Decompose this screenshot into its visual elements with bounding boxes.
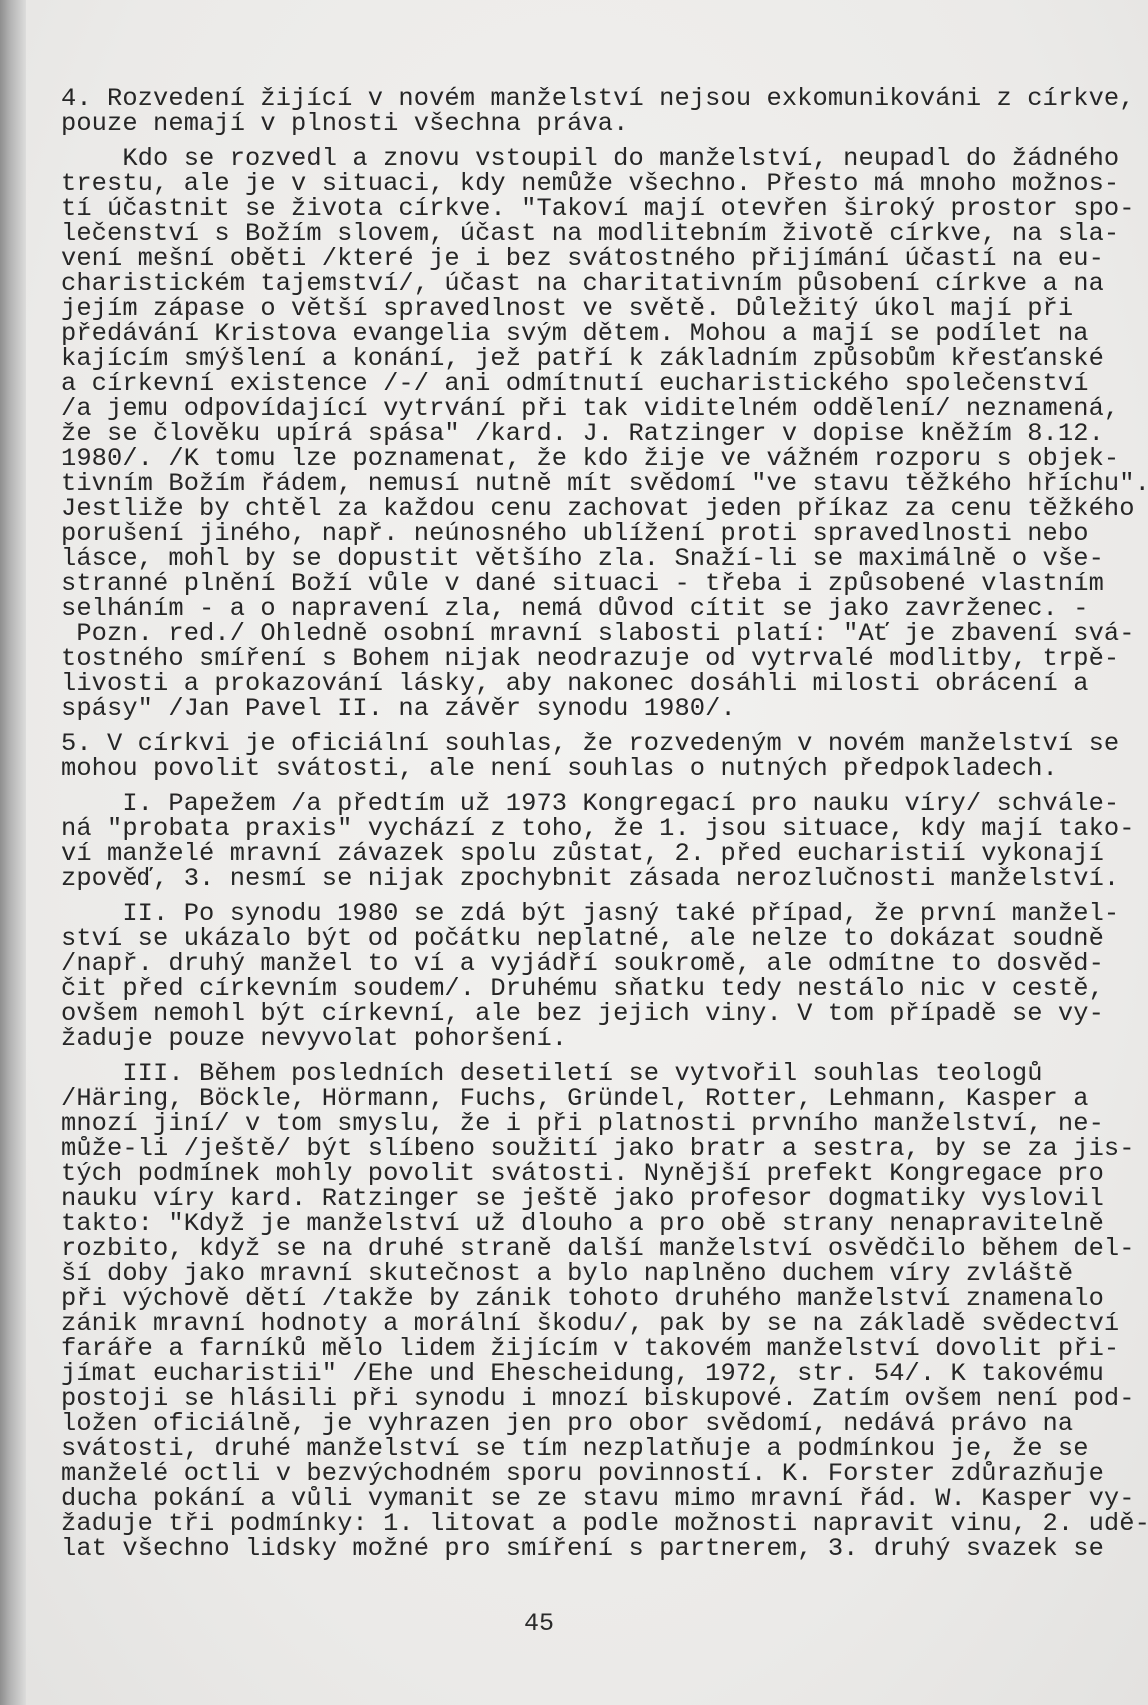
book-spine-shadow: [0, 0, 26, 1705]
text-line: žaduje pouze nevyvolat pohoršení.: [61, 1026, 1091, 1051]
text-line: mnozí jiní/ v tom smyslu, že i při platn…: [61, 1111, 1091, 1136]
text-line: faráře a farníků mělo lidem žijícím v ta…: [61, 1336, 1091, 1361]
text-line: lat všechno lidsky možné pro smíření s p…: [61, 1536, 1091, 1561]
text-line: čit před církevním soudem/. Druhému sňat…: [61, 976, 1091, 1001]
text-line: tí účastnit se života církve. "Takoví ma…: [61, 196, 1091, 221]
paragraph-point-5: 5. V církvi je oficiální souhlas, že roz…: [61, 731, 1091, 781]
text-line: a církevní existence /-/ ani odmítnutí e…: [61, 371, 1091, 396]
paragraph-point-5-I: I. Papežem /a předtím už 1973 Kongregací…: [61, 791, 1091, 891]
text-line: I. Papežem /a předtím už 1973 Kongregací…: [61, 791, 1091, 816]
text-line: manželé octli v bezvýchodném sporu povin…: [61, 1461, 1091, 1486]
text-line: Jestliže by chtěl za každou cenu zachova…: [61, 496, 1091, 521]
text-line: ložen oficiálně, je vyhrazen jen pro obo…: [61, 1411, 1091, 1436]
text-line: může-li /ještě/ být slíbeno soužití jako…: [61, 1136, 1091, 1161]
text-line: charistickém tajemství/, účast na charit…: [61, 271, 1091, 296]
text-line: ducha pokání a vůli vymanit se ze stavu …: [61, 1486, 1091, 1511]
text-line: zpověď, 3. nesmí se nijak zpochybnit zás…: [61, 866, 1091, 891]
text-line: kajícím smýšlení a konání, jež patří k z…: [61, 346, 1091, 371]
text-line: porušení jiného, např. neúnosného ublíže…: [61, 521, 1091, 546]
text-line: Kdo se rozvedl a znovu vstoupil do manže…: [61, 146, 1091, 171]
text-line: pouze nemají v plnosti všechna práva.: [61, 111, 1091, 136]
text-line: livosti a prokazování lásky, aby nakonec…: [61, 671, 1091, 696]
text-line: selháním - a o napravení zla, nemá důvod…: [61, 596, 1091, 621]
text-line: že se člověku upírá spása" /kard. J. Rat…: [61, 421, 1091, 446]
text-line: /a jemu odpovídající vytrvání při tak vi…: [61, 396, 1091, 421]
text-line: ství se ukázalo být od počátku neplatné,…: [61, 926, 1091, 951]
text-line: stranné plnění Boží vůle v dané situaci …: [61, 571, 1091, 596]
text-line: 1980/. /K tomu lze poznamenat, že kdo ži…: [61, 446, 1091, 471]
text-line: žaduje tři podmínky: 1. litovat a podle …: [61, 1511, 1091, 1536]
text-line: mohou povolit svátosti, ale není souhlas…: [61, 756, 1091, 781]
paragraph-point-5-II: II. Po synodu 1980 se zdá být jasný také…: [61, 901, 1091, 1051]
text-line: tých podmínek mohly povolit svátosti. Ny…: [61, 1161, 1091, 1186]
paragraph-point-4-body: Kdo se rozvedl a znovu vstoupil do manže…: [61, 146, 1091, 721]
text-line: 5. V církvi je oficiální souhlas, že roz…: [61, 731, 1091, 756]
text-line: ší doby jako mravní skutečnost a bylo na…: [61, 1261, 1091, 1286]
text-line: nauku víry kard. Ratzinger se ještě jako…: [61, 1186, 1091, 1211]
text-line: při výchově dětí /takže by zánik tohoto …: [61, 1286, 1091, 1311]
text-line: lásce, mohl by se dopustit většího zla. …: [61, 546, 1091, 571]
text-line: vení mešní oběti /které je i bez svátost…: [61, 246, 1091, 271]
text-line: jejím zápase o větší spravedlnost ve svě…: [61, 296, 1091, 321]
text-line: Pozn. red./ Ohledně osobní mravní slabos…: [61, 621, 1091, 646]
text-line: spásy" /Jan Pavel II. na závěr synodu 19…: [61, 696, 1091, 721]
text-line: ná "probata praxis" vychází z toho, že 1…: [61, 816, 1091, 841]
scanned-page: 4. Rozvedení žijící v novém manželství n…: [0, 0, 1148, 1705]
text-line: jímat eucharistii" /Ehe und Ehescheidung…: [61, 1361, 1091, 1386]
text-line: lečenství s Božím slovem, účast na modli…: [61, 221, 1091, 246]
typewritten-body: 4. Rozvedení žijící v novém manželství n…: [61, 86, 1091, 1561]
text-line: ví manželé mravní závazek spolu zůstat, …: [61, 841, 1091, 866]
text-line: rozbito, když se na druhé straně další m…: [61, 1236, 1091, 1261]
text-line: trestu, ale je v situaci, kdy nemůže vše…: [61, 171, 1091, 196]
text-line: předávání Kristova evangelia svým dětem.…: [61, 321, 1091, 346]
text-line: zánik mravní hodnoty a morální škodu/, p…: [61, 1311, 1091, 1336]
text-line: postoji se hlásili při synodu i mnozí bi…: [61, 1386, 1091, 1411]
text-line: /Häring, Böckle, Hörmann, Fuchs, Gründel…: [61, 1086, 1091, 1111]
text-line: 4. Rozvedení žijící v novém manželství n…: [61, 86, 1091, 111]
text-line: tivním Božím řádem, nemusí nutně mít svě…: [61, 471, 1091, 496]
page-number: 45: [524, 1609, 554, 1638]
paragraph-point-4: 4. Rozvedení žijící v novém manželství n…: [61, 86, 1091, 136]
text-line: svátosti, druhé manželství se tím nezpla…: [61, 1436, 1091, 1461]
text-line: takto: "Když je manželství už dlouho a p…: [61, 1211, 1091, 1236]
text-line: ovšem nemohl být církevní, ale bez jejic…: [61, 1001, 1091, 1026]
text-line: II. Po synodu 1980 se zdá být jasný také…: [61, 901, 1091, 926]
text-line: III. Během posledních desetiletí se vytv…: [61, 1061, 1091, 1086]
paragraph-point-5-III: III. Během posledních desetiletí se vytv…: [61, 1061, 1091, 1561]
text-line: /např. druhý manžel to ví a vyjádří souk…: [61, 951, 1091, 976]
text-line: tostného smíření s Bohem nijak neodrazuj…: [61, 646, 1091, 671]
